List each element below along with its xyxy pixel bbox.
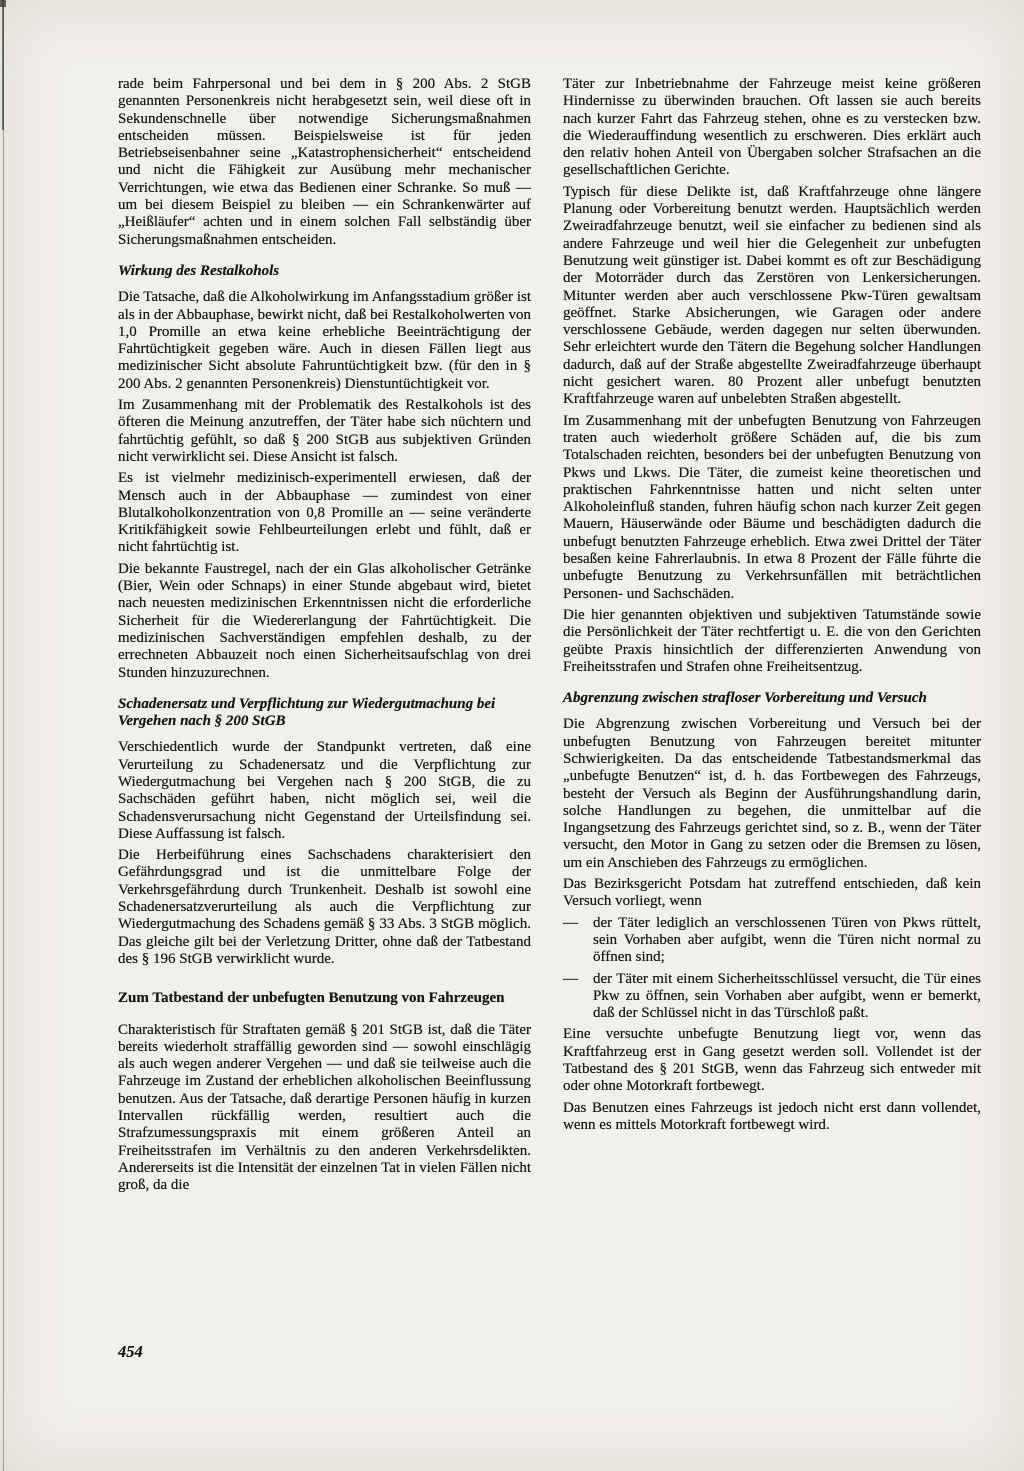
list-item: — der Täter mit einem Sicherheitsschlüss… bbox=[563, 971, 981, 1023]
scan-edge-line bbox=[3, 0, 4, 1471]
section-heading-restalkohol: Wirkung des Restalkohols bbox=[118, 263, 531, 280]
paragraph: Die bekannte Faustregel, nach der ein Gl… bbox=[118, 561, 531, 682]
paragraph: Im Zusammenhang mit der Problematik des … bbox=[118, 397, 531, 466]
scan-edge-line-dark bbox=[2, 0, 4, 130]
list-item: — der Täter lediglich an verschlossenen … bbox=[563, 915, 981, 967]
bullet-dash: — bbox=[563, 915, 593, 967]
paragraph: Charakteristisch für Straftaten gemäß § … bbox=[118, 1022, 531, 1195]
text-columns: rade beim Fahrpersonal und bei dem in § … bbox=[118, 76, 981, 1199]
section-heading-schadenersatz: Schadenersatz und Verpflichtung zur Wied… bbox=[118, 696, 531, 731]
paragraph: Typisch für diese Delikte ist, daß Kraft… bbox=[563, 184, 981, 409]
section-heading-tatbestand: Zum Tatbestand der unbefugten Benutzung … bbox=[118, 990, 531, 1007]
paragraph: Die Herbeiführung eines Sachschadens cha… bbox=[118, 847, 531, 968]
page-number: 454 bbox=[118, 1342, 143, 1362]
scan-corner-artifact bbox=[0, 0, 6, 7]
paragraph: Täter zur Inbetriebnahme der Fahrzeuge m… bbox=[563, 76, 981, 180]
right-column: Täter zur Inbetriebnahme der Fahrzeuge m… bbox=[563, 76, 981, 1199]
paragraph: rade beim Fahrpersonal und bei dem in § … bbox=[118, 76, 531, 249]
bullet-dash: — bbox=[563, 971, 593, 1023]
paragraph: Es ist vielmehr medizinisch-experimentel… bbox=[118, 470, 531, 556]
scanned-journal-page: rade beim Fahrpersonal und bei dem in § … bbox=[0, 0, 1024, 1471]
bullet-text: der Täter lediglich an verschlossenen Tü… bbox=[593, 915, 981, 967]
paragraph: Im Zusammenhang mit der unbefugten Benut… bbox=[563, 413, 981, 603]
paragraph: Das Benutzen eines Fahrzeugs ist jedoch … bbox=[563, 1100, 981, 1135]
paragraph: Die Abgrenzung zwischen Vorbereitung und… bbox=[563, 716, 981, 872]
paragraph: Eine versuchte unbefugte Benutzung liegt… bbox=[563, 1026, 981, 1095]
section-heading-abgrenzung: Abgrenzung zwischen strafloser Vorbereit… bbox=[563, 690, 981, 707]
paragraph: Die Tatsache, daß die Alkoholwirkung im … bbox=[118, 289, 531, 393]
paragraph: Verschiedentlich wurde der Standpunkt ve… bbox=[118, 739, 531, 843]
paragraph: Das Bezirksgericht Potsdam hat zutreffen… bbox=[563, 876, 981, 911]
paragraph: Die hier genannten objektiven und subjek… bbox=[563, 607, 981, 676]
bullet-text: der Täter mit einem Sicherheitsschlüssel… bbox=[593, 971, 981, 1023]
left-column: rade beim Fahrpersonal und bei dem in § … bbox=[118, 76, 531, 1199]
